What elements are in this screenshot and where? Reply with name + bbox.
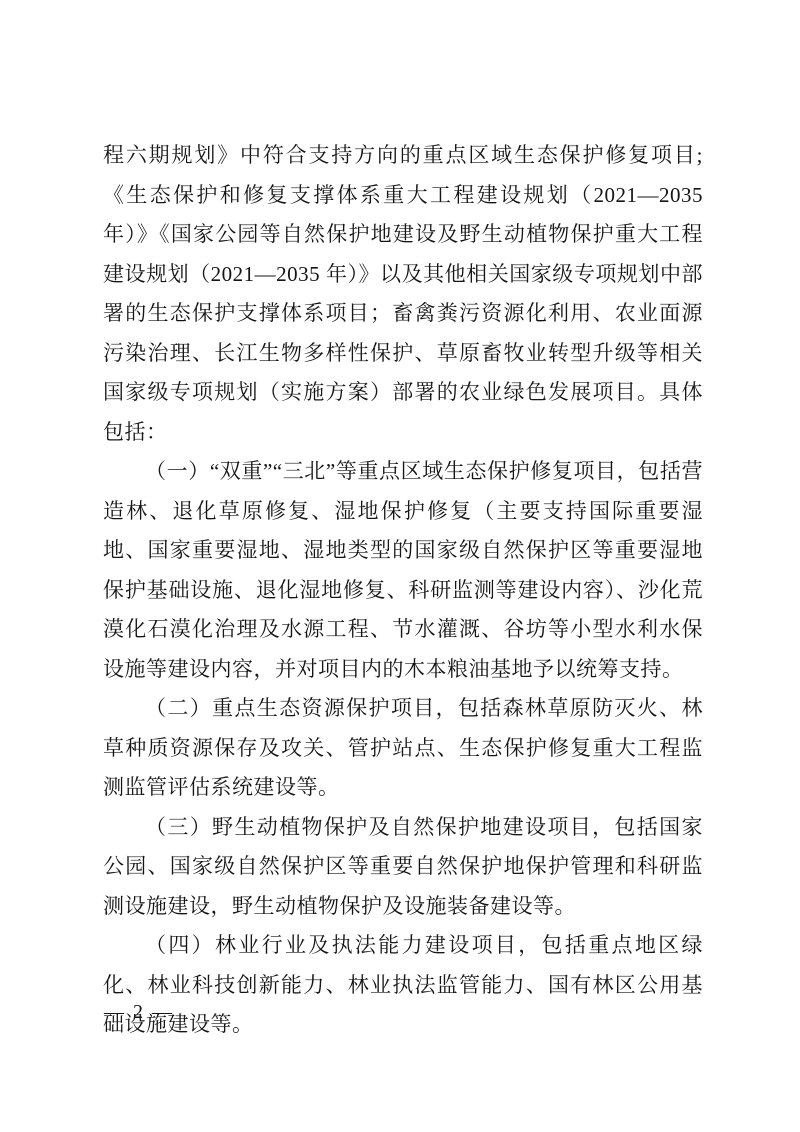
page-number-footer: — 2 — (104, 1001, 174, 1024)
paragraph-item-4: （四）林业行业及执法能力建设项目，包括重点地区绿化、林业科技创新能力、林业执法监… (103, 926, 703, 1045)
paragraph-continuation: 程六期规划》中符合支持方向的重点区域生态保护修复项目;《生态保护和修复支撑体系重… (103, 136, 703, 452)
paragraph-item-3: （三）野生动植物保护及自然保护地建设项目，包括国家公园、国家级自然保护区等重要自… (103, 808, 703, 927)
paragraph-item-1: （一）“双重”“三北”等重点区域生态保护修复项目，包括营造林、退化草原修复、湿地… (103, 452, 703, 689)
paragraph-item-2: （二）重点生态资源保护项目，包括森林草原防灭火、林草种质资源保存及攻关、管护站点… (103, 689, 703, 808)
document-page: 程六期规划》中符合支持方向的重点区域生态保护修复项目;《生态保护和修复支撑体系重… (103, 136, 703, 1045)
